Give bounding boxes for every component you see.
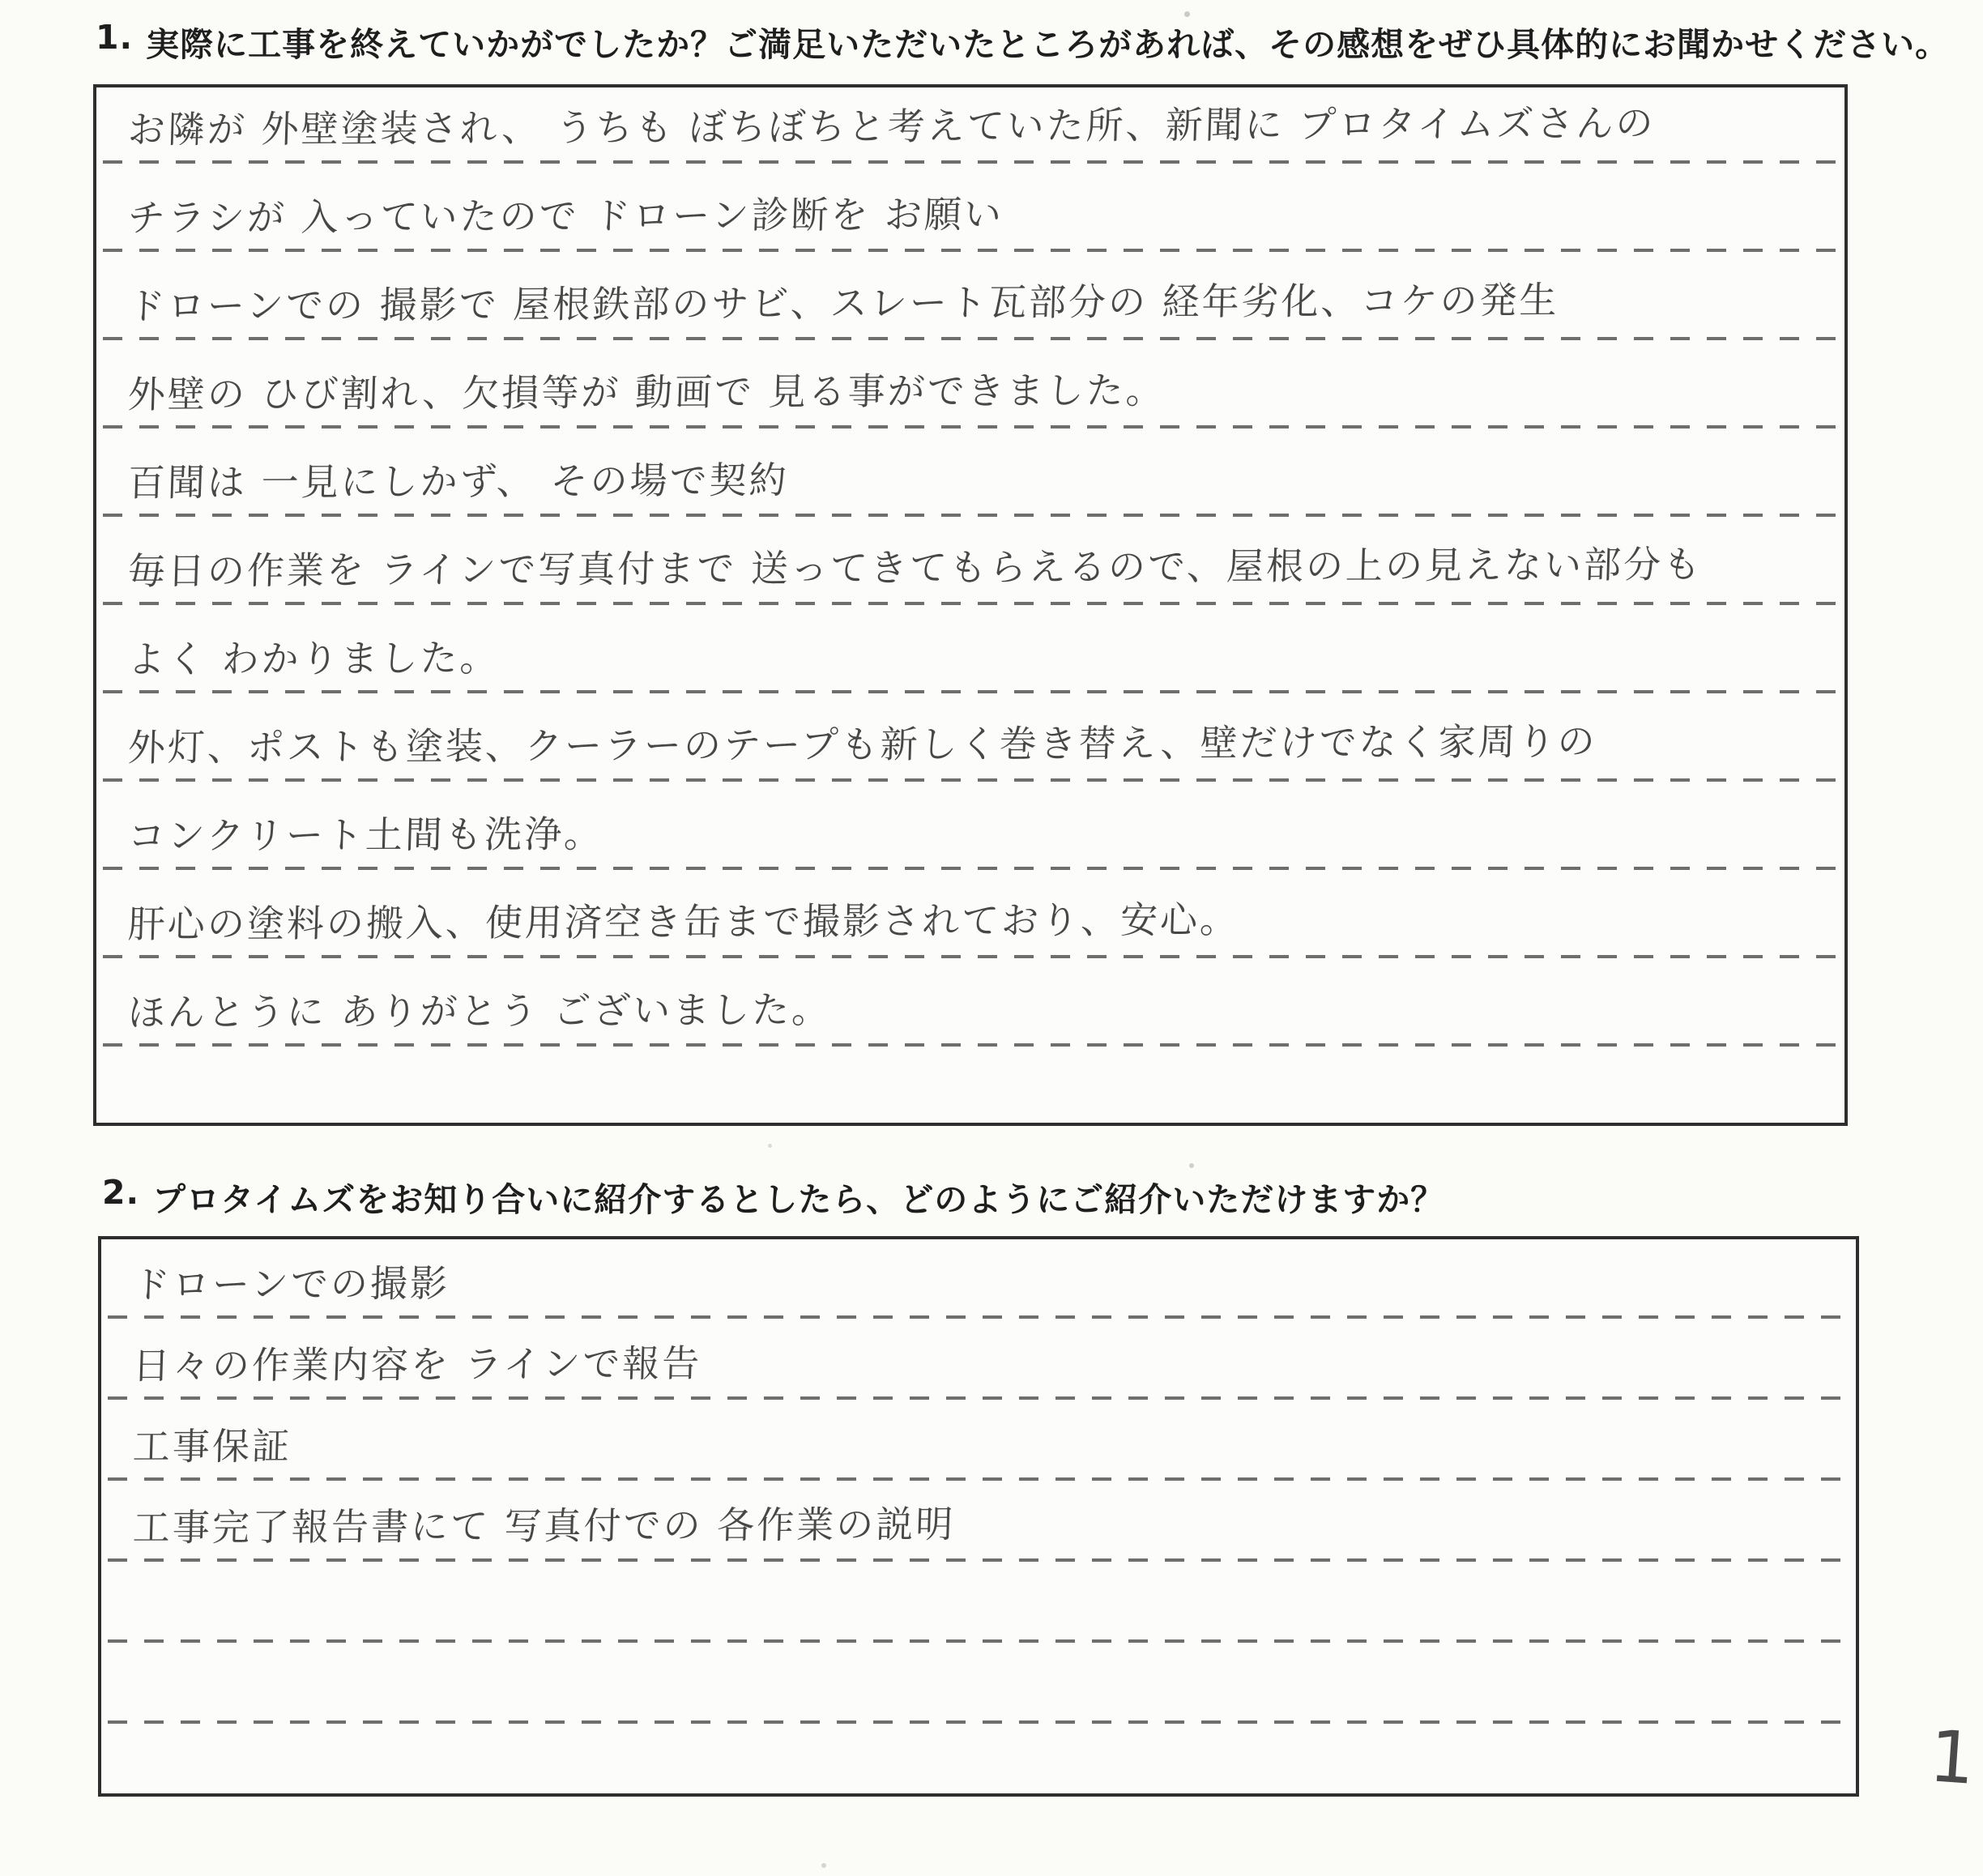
scan-speckle (768, 1144, 772, 1148)
handwritten-text: 工事完了報告書にて 写真付での 各作業の説明 (132, 1495, 956, 1552)
answer-line: お隣が 外壁塗装され、 うちも ぼちぼちと考えていた所、新聞に プロタイムズさん… (96, 87, 1844, 162)
answer-line: 外灯、ポストも塗装、クーラーのテープも新しく巻き替え、壁だけでなく家周りの (96, 692, 1844, 780)
question-1-heading: 1. 実際に工事を終えていかがでしたか？ご満足いただいたところがあれば、その感想… (96, 18, 1949, 66)
answer-line: 毎日の作業を ラインで写真付まで 送ってきてもらえるので、屋根の上の見えない部分… (96, 515, 1844, 603)
question-2-text: プロタイムズをお知り合いに紹介するとしたら、どのようにご紹介いただけますか？ (152, 1173, 1444, 1221)
handwritten-text: ドローンでの 撮影で 屋根鉄部のサビ、スレート瓦部分の 経年劣化、コケの発生 (127, 271, 1560, 330)
answer-line: ドローンでの 撮影で 屋根鉄部のサビ、スレート瓦部分の 経年劣化、コケの発生 (96, 250, 1844, 339)
scan-speckle (1184, 11, 1190, 17)
answer-line: コンクリート土間も洗浄。 (96, 780, 1844, 868)
scanned-survey-page: 1. 実際に工事を終えていかがでしたか？ご満足いただいたところがあれば、その感想… (0, 0, 1983, 1876)
handwritten-text: 外壁の ひび割れ、欠損等が 動画で 見る事ができました。 (127, 360, 1166, 419)
answer-box-question-2: ドローンでの撮影 日々の作業内容を ラインで報告 工事保証 工事完了報告書にて … (98, 1236, 1859, 1797)
question-2-number: 2. (102, 1173, 139, 1221)
answer-line-blank (101, 1641, 1856, 1722)
page-number: 1 (1927, 1720, 1977, 1795)
answer-line: 工事完了報告書にて 写真付での 各作業の説明 (101, 1479, 1856, 1560)
handwritten-text: コンクリート土間も洗浄。 (127, 804, 604, 860)
answer-line: ドローンでの撮影 (101, 1239, 1856, 1317)
answer-line: 百聞は 一見にしかず、 その場で契約 (96, 427, 1844, 515)
question-1-text: 実際に工事を終えていかがでしたか？ご満足いただいたところがあれば、その感想をぜひ… (146, 18, 1949, 66)
handwritten-text: チラシが 入っていたので ドローン診断を お願い (127, 185, 1004, 242)
handwritten-text: 肝心の塗料の搬入、使用済空き缶まで撮影されており、安心。 (127, 890, 1240, 949)
answer-line-blank (101, 1560, 1856, 1641)
handwritten-text: 百聞は 一見にしかず、 その場で契約 (127, 450, 790, 507)
handwritten-text: ドローンでの撮影 (132, 1254, 450, 1309)
question-1-number: 1. (96, 18, 133, 66)
answer-line-blank (96, 1045, 1844, 1123)
answer-line: 日々の作業内容を ラインで報告 (101, 1317, 1856, 1398)
handwritten-text: ほんとうに ありがとう ございました。 (127, 980, 832, 1037)
handwritten-text: よく わかりました。 (127, 629, 501, 684)
handwritten-text: 外灯、ポストも塗装、クーラーのテープも新しく巻き替え、壁だけでなく家周りの (127, 712, 1598, 772)
handwritten-text: 工事保証 (132, 1417, 292, 1471)
answer-line: 工事保証 (101, 1398, 1856, 1479)
answer-box-question-1: お隣が 外壁塗装され、 うちも ぼちぼちと考えていた所、新聞に プロタイムズさん… (93, 84, 1848, 1126)
answer-line: よく わかりました。 (96, 603, 1844, 692)
answer-line: 肝心の塗料の搬入、使用済空き缶まで撮影されており、安心。 (96, 868, 1844, 957)
answer-line: 外壁の ひび割れ、欠損等が 動画で 見る事ができました。 (96, 339, 1844, 427)
answer-line-blank (101, 1722, 1856, 1793)
scan-speckle (1189, 1163, 1194, 1168)
handwritten-text: 毎日の作業を ラインで写真付まで 送ってきてもらえるので、屋根の上の見えない部分… (127, 535, 1704, 595)
answer-line: チラシが 入っていたので ドローン診断を お願い (96, 162, 1844, 250)
scan-speckle (821, 1863, 826, 1868)
answer-line: ほんとうに ありがとう ございました。 (96, 957, 1844, 1045)
question-2-heading: 2. プロタイムズをお知り合いに紹介するとしたら、どのようにご紹介いただけますか… (102, 1173, 1444, 1221)
handwritten-text: お隣が 外壁塗装され、 うちも ぼちぼちと考えていた所、新聞に プロタイムズさん… (127, 94, 1657, 154)
handwritten-text: 日々の作業内容を ラインで報告 (132, 1334, 702, 1390)
